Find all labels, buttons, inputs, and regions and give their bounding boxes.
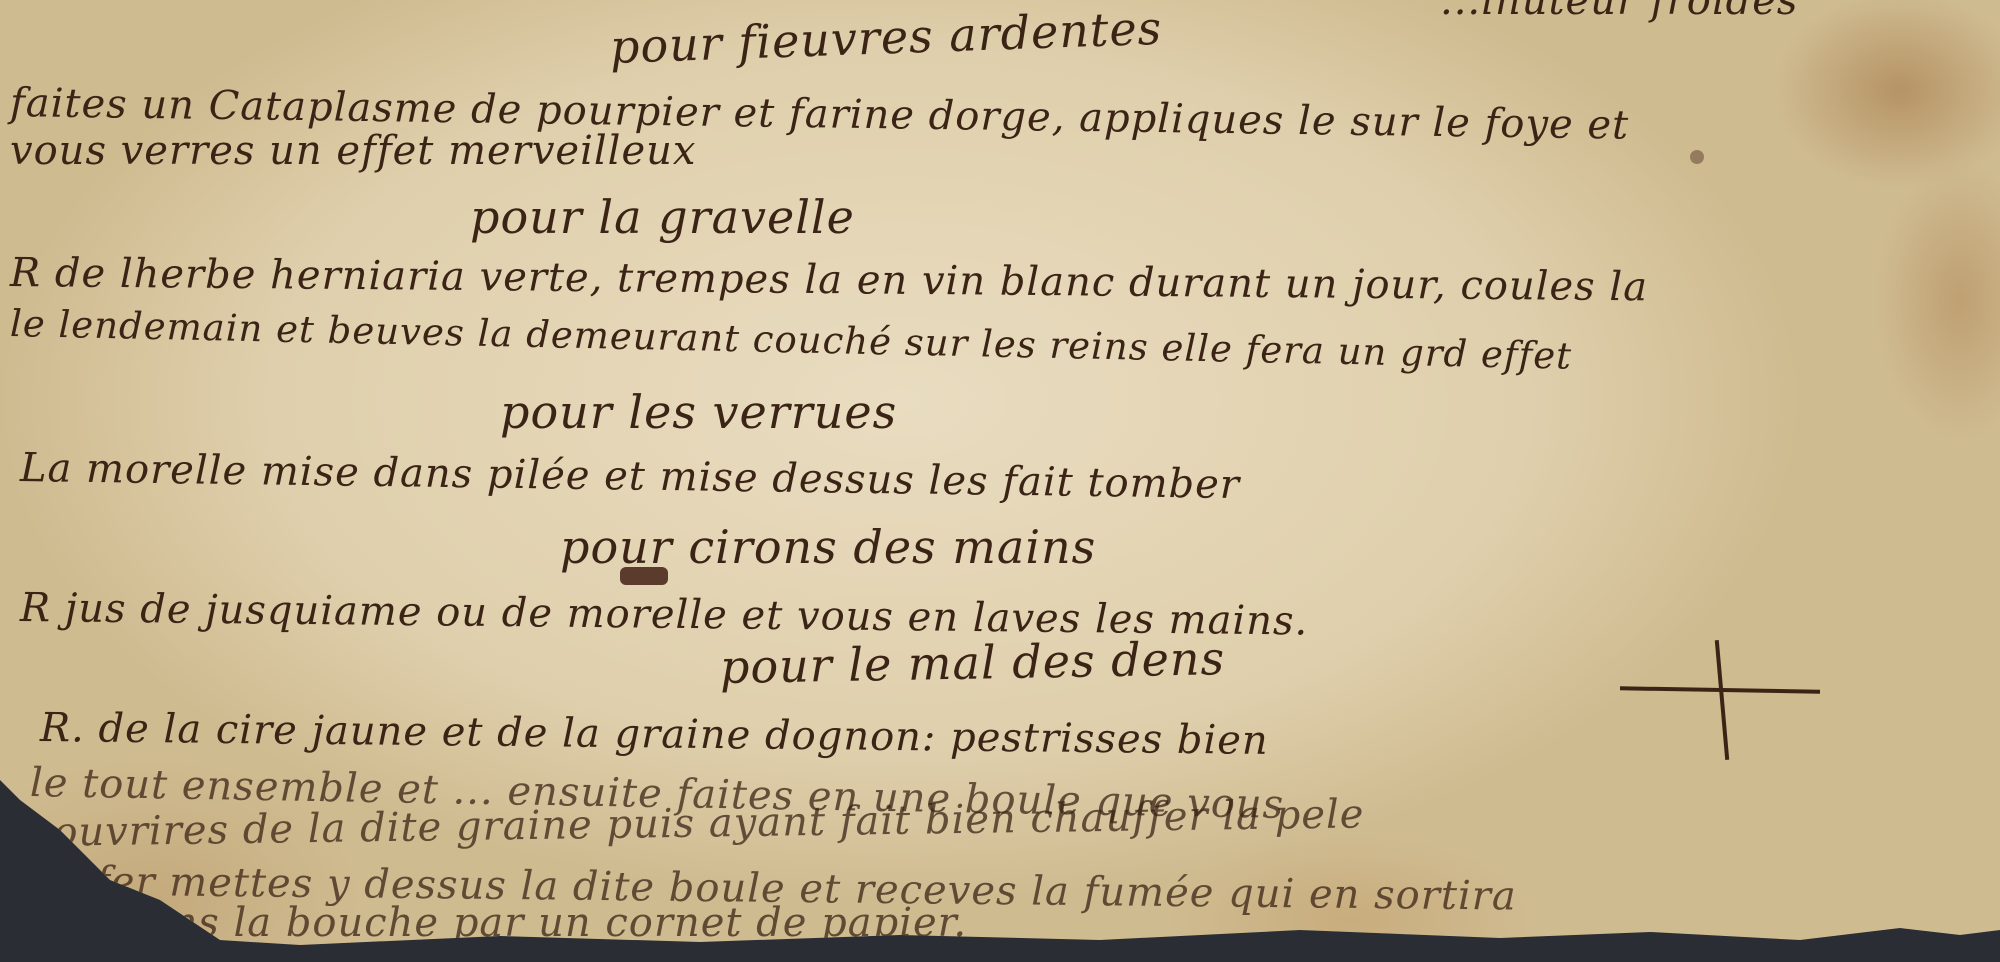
text-line: R. de la cire jaune et de la graine dogn… xyxy=(40,705,1269,764)
text-line: le lendemain et beuves la demeurant couc… xyxy=(10,302,1573,378)
text-line: dans la bouche par un cornet de papier. xyxy=(120,900,967,946)
heading-toothache: pour le mal des dens xyxy=(720,631,1226,694)
manuscript-page: ...inuteur froides pour fieuvres ardente… xyxy=(0,0,2000,962)
heading-mites: pour cirons des mains xyxy=(560,520,1096,574)
text-line: R de lherbe herniaria verte, trempes la … xyxy=(10,250,1648,310)
cross-mark-icon xyxy=(1620,640,1820,760)
text-line: vous verres un effet merveilleux xyxy=(10,128,696,174)
heading-warts: pour les verrues xyxy=(500,385,897,439)
text-line: La morelle mise dans pilée et mise dessu… xyxy=(20,445,1241,508)
heading-fevers: pour fieuvres ardentes xyxy=(609,1,1163,74)
heading-gravel: pour la gravelle xyxy=(470,190,855,244)
top-fragment: ...inuteur froides xyxy=(1440,0,1798,24)
ink-spot xyxy=(1690,150,1704,164)
